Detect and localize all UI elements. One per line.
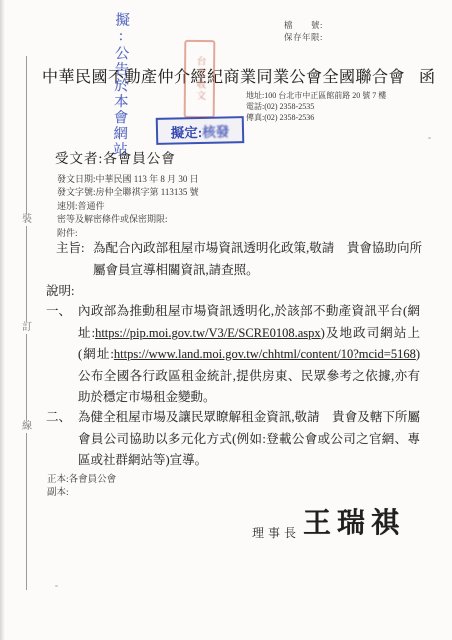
meta-doc-number: 發文字號:房仲全聯祺字第 113135 號 — [57, 186, 199, 199]
subject-label: 主旨: — [56, 238, 84, 260]
url-link-pip[interactable]: https://pip.moi.gov.tw/V3/E/SCRE0108.asp… — [95, 326, 321, 340]
recipient-line: 受文者:各會員公會 — [55, 147, 176, 167]
document-type: 函 — [419, 69, 436, 86]
received-stamp-text: 台北收文 — [192, 56, 206, 102]
retention-label: 保存年限: — [284, 31, 323, 43]
original-recipient-line: 正本:各會員公會 — [47, 474, 116, 487]
binding-mark-xian: 線 — [20, 421, 34, 433]
subject-text: 為配合內政部租屋市場資訊透明化政策,敬請 貴會協助向所屬會員宣導相關資訊,請查照… — [56, 238, 422, 281]
copy-recipient-line: 副本: — [47, 487, 116, 500]
binding-mark-zhuang: 裝 — [20, 214, 34, 226]
scanned-official-letter: 裝 訂 線 檔 號: 保存年限: 中華民國不動產仲介經紀商業同業公會全國聯合會函… — [0, 0, 452, 640]
org-phone: 電話:(02) 2358-2535 — [246, 102, 386, 113]
item-2-text: 為健全租屋市場及讓民眾瞭解租金資訊,敬請 貴會及轄下所屬會員公司協助以多元化方式… — [78, 410, 420, 467]
scan-speck — [55, 585, 58, 587]
approval-stamp-action: 核發 — [202, 120, 229, 141]
document-title: 中華民國不動產仲介經紀商業同業公會全國聯合會函 — [42, 64, 436, 87]
approval-stamp: 擬定:核發 — [156, 116, 245, 145]
binding-mark-ding: 訂 — [20, 322, 34, 334]
approval-stamp-label: 擬定: — [171, 120, 203, 141]
org-contact-block: 地址:100 台北市中正區館前路 20 號 7 樓 電話:(02) 2358-2… — [246, 91, 386, 123]
signature-title: 理事長 — [252, 524, 300, 541]
handwritten-note: 擬:公告於本會網站 — [109, 12, 133, 164]
signature-name: 王瑞祺 — [303, 501, 405, 541]
meta-speed: 速別:普通件 — [57, 200, 199, 213]
scan-edge-artifact — [0, 0, 5, 640]
explanation-item-2: 二、為健全租屋市場及讓民眾瞭解租金資訊,敬請 貴會及轄下所屬會員公司協助以多元化… — [46, 407, 420, 472]
explanation-item-1: 一、內政部為推動租屋市場資訊透明化,於該部不動產資訊平台(網址:https://… — [46, 301, 420, 409]
explanation-label: 說明: — [46, 281, 74, 303]
file-number-block: 檔 號: 保存年限: — [284, 19, 323, 43]
item-number: 二、 — [46, 407, 71, 429]
scan-speck — [428, 137, 431, 139]
meta-date: 發文日期:中華民國 113 年 8 月 30 日 — [57, 173, 199, 186]
url-link-land[interactable]: https://www.land.moi.gov.tw/chhtml/conte… — [114, 347, 416, 361]
subject-paragraph: 主旨: 為配合內政部租屋市場資訊透明化政策,敬請 貴會協助向所屬會員宣導相關資訊… — [56, 238, 422, 281]
scan-speck — [300, 316, 303, 318]
meta-security: 密等及解密條件或保密期限: — [57, 213, 199, 226]
file-number-label: 檔 號: — [284, 19, 323, 31]
org-address: 地址:100 台北市中正區館前路 20 號 7 樓 — [246, 91, 386, 102]
received-stamp: 台北收文 — [184, 40, 216, 118]
meta-block: 發文日期:中華民國 113 年 8 月 30 日 發文字號:房仲全聯祺字第 11… — [57, 173, 199, 240]
item-number: 一、 — [46, 301, 71, 323]
org-fax: 傳真:(02) 2358-2536 — [246, 113, 386, 124]
issuing-org-name: 中華民國不動產仲介經紀商業同業公會全國聯合會 — [42, 69, 405, 86]
distribution-block: 正本:各會員公會 副本: — [47, 474, 116, 500]
